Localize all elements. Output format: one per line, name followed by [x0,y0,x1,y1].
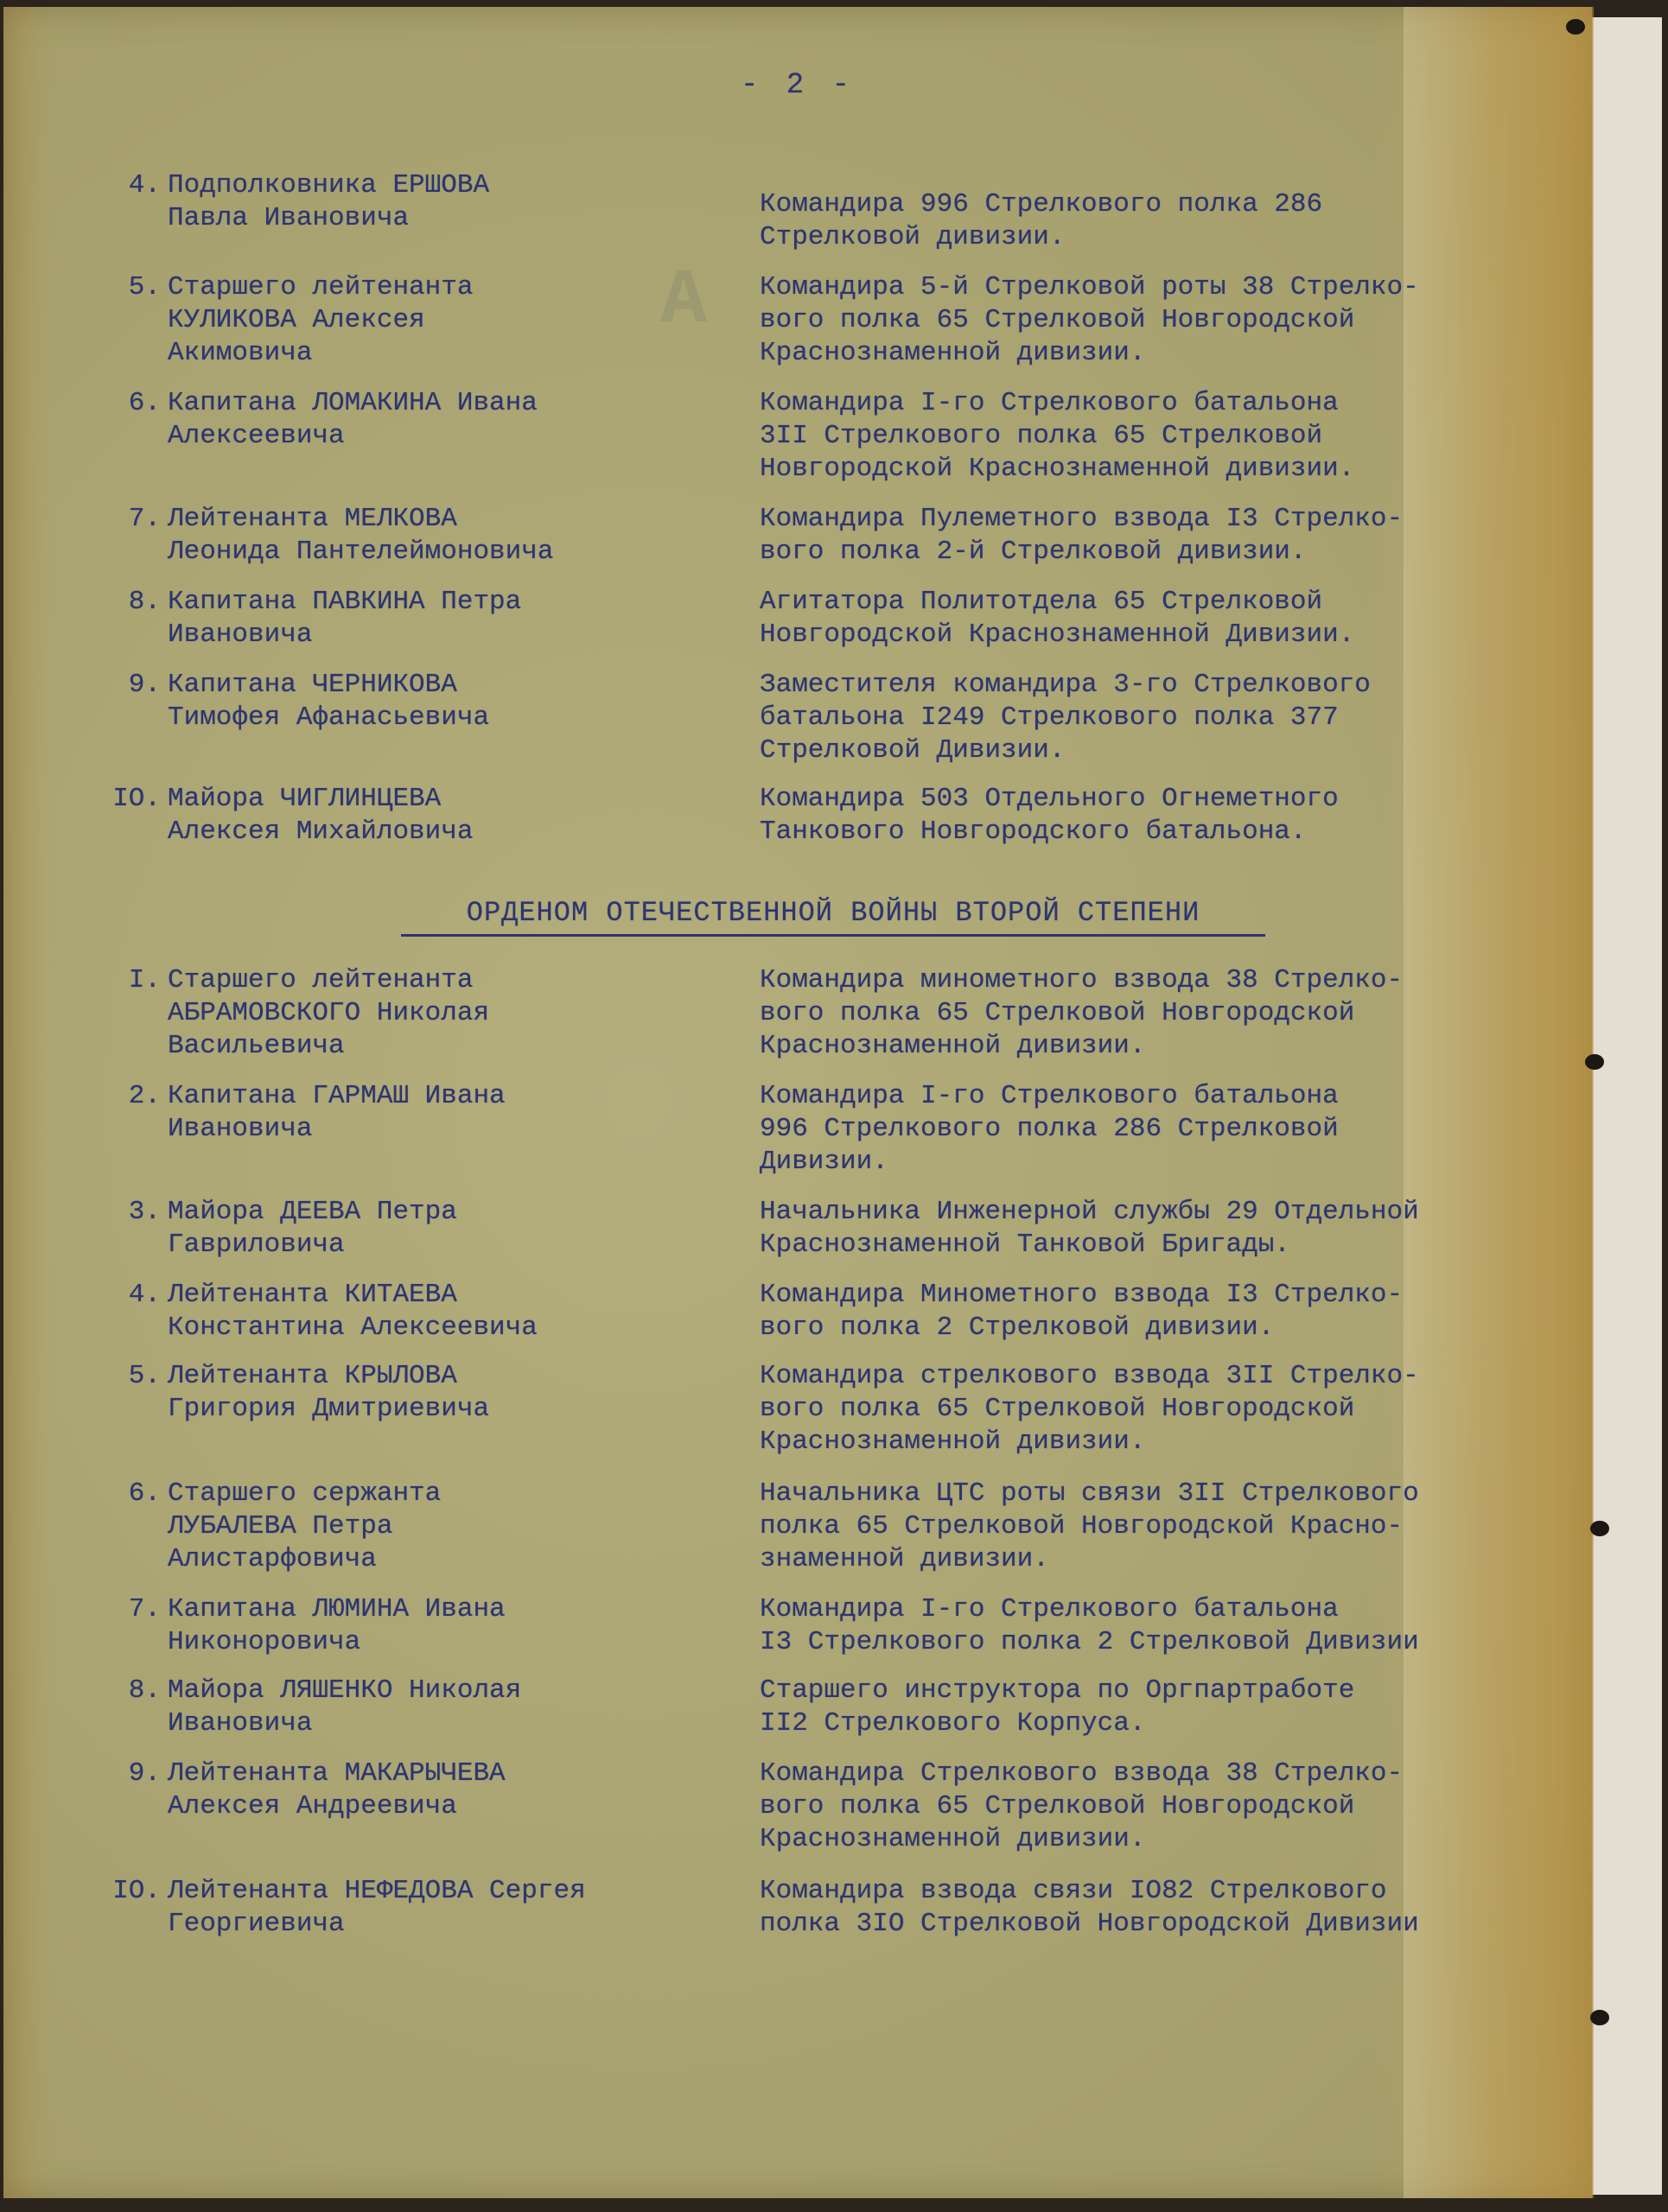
entry-number: 7. [100,1593,168,1659]
recipient-position: Командира взвода связи IO82 Стрелкового … [760,1875,1563,1941]
entry-number: 4. [100,169,168,254]
award-entry: 6. Старшего сержанта ЛУБАЛЕВА Петра Алис… [100,1478,1569,1576]
entry-number: 8. [100,1675,168,1740]
recipient-name: Лейтенанта НЕФЕДОВА Сергея Георгиевича [168,1875,760,1941]
award-entry: I. Старшего лейтенанта АБРАМОВСКОГО Нико… [100,964,1569,1063]
award-entry: 2. Капитана ГАРМАШ Ивана Ивановича Коман… [100,1080,1569,1179]
punch-hole [1590,2010,1609,2025]
entry-number: 9. [100,669,168,767]
entry-number: 5. [100,1360,168,1459]
punch-hole [1590,1521,1609,1536]
recipient-name: Майора ДЕЕВА Петра Гавриловича [168,1196,760,1262]
recipient-name: Лейтенанта МАКАРЫЧЕВА Алексея Андреевича [168,1758,760,1856]
award-entry: 6. Капитана ЛОМАКИНА Ивана Алексеевича К… [100,387,1569,486]
recipient-position: Командира I-го Стрелкового батальона I3 … [760,1593,1563,1659]
entry-number: I. [100,964,168,1063]
punch-hole [1566,19,1585,35]
recipient-name: Капитана ЧЕРНИКОВА Тимофея Афанасьевича [168,669,760,767]
award-entry: 3. Майора ДЕЕВА Петра Гавриловича Началь… [100,1196,1569,1262]
recipient-position: Агитатора Политотдела 65 Стрелковой Новг… [760,586,1563,652]
entry-number: IO. [100,783,168,849]
entry-number: IO. [100,1875,168,1941]
recipient-name: Майора ЛЯШЕНКО Николая Ивановича [168,1675,760,1740]
recipient-position: Начальника ЦТС роты связи 3II Стрелковог… [760,1478,1563,1576]
recipient-name: Лейтенанта КРЫЛОВА Григория Дмитриевича [168,1360,760,1459]
recipient-position: Командира I-го Стрелкового батальона 3II… [760,387,1563,486]
recipient-name: Капитана ЛОМАКИНА Ивана Алексеевича [168,387,760,486]
entry-number: 2. [100,1080,168,1179]
award-entry: 5. Лейтенанта КРЫЛОВА Григория Дмитриеви… [100,1360,1569,1459]
page-number: - 2 - [3,69,1592,102]
award-entry: IO. Лейтенанта НЕФЕДОВА Сергея Георгиеви… [100,1875,1569,1941]
recipient-position: Командира 5-й Стрелковой роты 38 Стрелко… [760,271,1563,370]
recipient-name: Капитана ГАРМАШ Ивана Ивановича [168,1080,760,1179]
recipient-position: Командира Пулеметного взвода I3 Стрелко-… [760,503,1563,569]
recipient-position: Заместителя командира 3-го Стрелкового б… [760,669,1563,767]
award-entry: 9. Капитана ЧЕРНИКОВА Тимофея Афанасьеви… [100,669,1569,767]
section-heading-order-patriotic-war-2nd-class: ОРДЕНОМ ОТЕЧЕСТВЕННОЙ ВОЙНЫ ВТОРОЙ СТЕПЕ… [401,897,1265,937]
award-entry: 4. Лейтенанта КИТАЕВА Константина Алексе… [100,1279,1569,1344]
entry-number: 5. [100,271,168,370]
entry-number: 7. [100,503,168,569]
award-entry: 7. Лейтенанта МЕЛКОВА Леонида Пантелеймо… [100,503,1569,569]
entry-number: 9. [100,1758,168,1856]
award-entry: 9. Лейтенанта МАКАРЫЧЕВА Алексея Андреев… [100,1758,1569,1856]
recipient-name: Подполковника ЕРШОВА Павла Ивановича [168,169,760,254]
award-entry: 8. Капитана ПАВКИНА Петра Ивановича Агит… [100,586,1569,652]
recipient-name: Майора ЧИГЛИНЦЕВА Алексея Михайловича [168,783,760,849]
entry-number: 6. [100,1478,168,1576]
recipient-position: Командира минометного взвода 38 Стрелко-… [760,964,1563,1063]
award-entry: IO. Майора ЧИГЛИНЦЕВА Алексея Михайлович… [100,783,1569,849]
recipient-name: Лейтенанта КИТАЕВА Константина Алексееви… [168,1279,760,1344]
recipient-name: Лейтенанта МЕЛКОВА Леонида Пантелеймонов… [168,503,760,569]
recipient-position: Командира I-го Стрелкового батальона 996… [760,1080,1563,1179]
award-entry: 5. Старшего лейтенанта КУЛИКОВА Алексея … [100,271,1569,370]
entry-number: 3. [100,1196,168,1262]
punch-hole [1585,1054,1604,1070]
recipient-name: Капитана ПАВКИНА Петра Ивановича [168,586,760,652]
recipient-position: Старшего инструктора по Оргпартработе II… [760,1675,1563,1740]
award-entry: 7. Капитана ЛЮМИНА Ивана Никоноровича Ко… [100,1593,1569,1659]
recipient-name: Старшего лейтенанта АБРАМОВСКОГО Николая… [168,964,760,1063]
document-page: А - 2 - 4. Подполковника ЕРШОВА Павла Ив… [3,7,1592,2198]
scan-backing-board [1590,17,1662,2195]
recipient-position: Командира 503 Отдельного Огнеметного Тан… [760,783,1563,849]
entry-number: 4. [100,1279,168,1344]
award-entry: 4. Подполковника ЕРШОВА Павла Ивановича … [100,169,1569,254]
award-entry: 8. Майора ЛЯШЕНКО Николая Ивановича Стар… [100,1675,1569,1740]
entry-number: 6. [100,387,168,486]
recipient-position: Командира 996 Стрелкового полка 286 Стре… [760,188,1563,254]
recipient-position: Командира стрелкового взвода 3II Стрелко… [760,1360,1563,1459]
recipient-position: Командира Минометного взвода I3 Стрелко-… [760,1279,1563,1344]
entry-number: 8. [100,586,168,652]
recipient-name: Капитана ЛЮМИНА Ивана Никоноровича [168,1593,760,1659]
recipient-name: Старшего сержанта ЛУБАЛЕВА Петра Алистар… [168,1478,760,1576]
recipient-position: Командира Стрелкового взвода 38 Стрелко-… [760,1758,1563,1856]
recipient-position: Начальника Инженерной службы 29 Отдельно… [760,1196,1563,1262]
recipient-name: Старшего лейтенанта КУЛИКОВА Алексея Аки… [168,271,760,370]
